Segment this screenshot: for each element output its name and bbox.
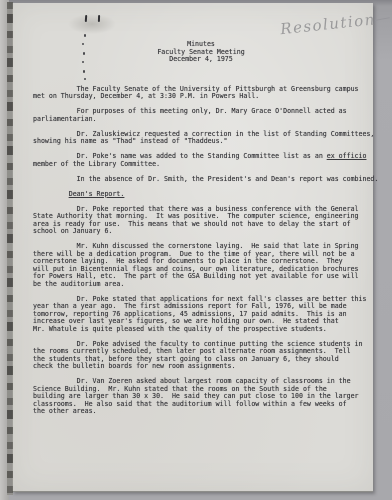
text-line: school on January 6. (33, 228, 369, 236)
ink-mark (98, 15, 100, 22)
heading-indent (33, 190, 69, 198)
text-line: showing his name as "Thad" instead of "T… (33, 138, 369, 146)
paper-edge-shadow (7, 2, 13, 495)
text-line: parliamentarian. (33, 116, 369, 124)
text-line: be the auditorium area. (33, 281, 369, 289)
ink-dot-mark (82, 61, 84, 63)
annotation-text: Resolution (279, 10, 376, 38)
ink-dot-mark (83, 52, 85, 55)
ink-dot-mark (83, 70, 85, 73)
section-heading: Dean's Report. (33, 191, 369, 199)
text-line: In the absence of Dr. Smith, the Preside… (33, 176, 369, 184)
text-line: Mr. Whatule is quite pleased with the qu… (33, 326, 369, 334)
text-segment: Dr. Poke's name was added to the Standin… (33, 152, 327, 160)
paper-page: Resolution Minutes Faculty Senate Meetin… (12, 3, 373, 492)
text-line: check the bulletin boards for new room a… (33, 363, 369, 371)
text-line: met on Thursday, December 4, at 3:30 P.M… (33, 93, 369, 101)
handwritten-annotation: Resolution (279, 8, 392, 38)
heading-text: Dean's Report. (69, 190, 125, 198)
pencil-smudge (66, 13, 118, 35)
ink-dot-mark (84, 34, 86, 37)
scanned-document: Resolution Minutes Faculty Senate Meetin… (0, 0, 392, 500)
text-line: the other areas. (33, 408, 369, 416)
ink-dot-mark (82, 43, 84, 45)
typed-content: Minutes Faculty Senate Meeting December … (33, 41, 369, 416)
ink-dot-mark (84, 78, 86, 80)
document-body: The Faculty Senate of the University of … (33, 86, 369, 416)
underlined-text: ex officio (327, 152, 367, 160)
text-line: member of the Library Committee. (33, 161, 369, 169)
pencil-flourish-stroke (375, 17, 390, 21)
